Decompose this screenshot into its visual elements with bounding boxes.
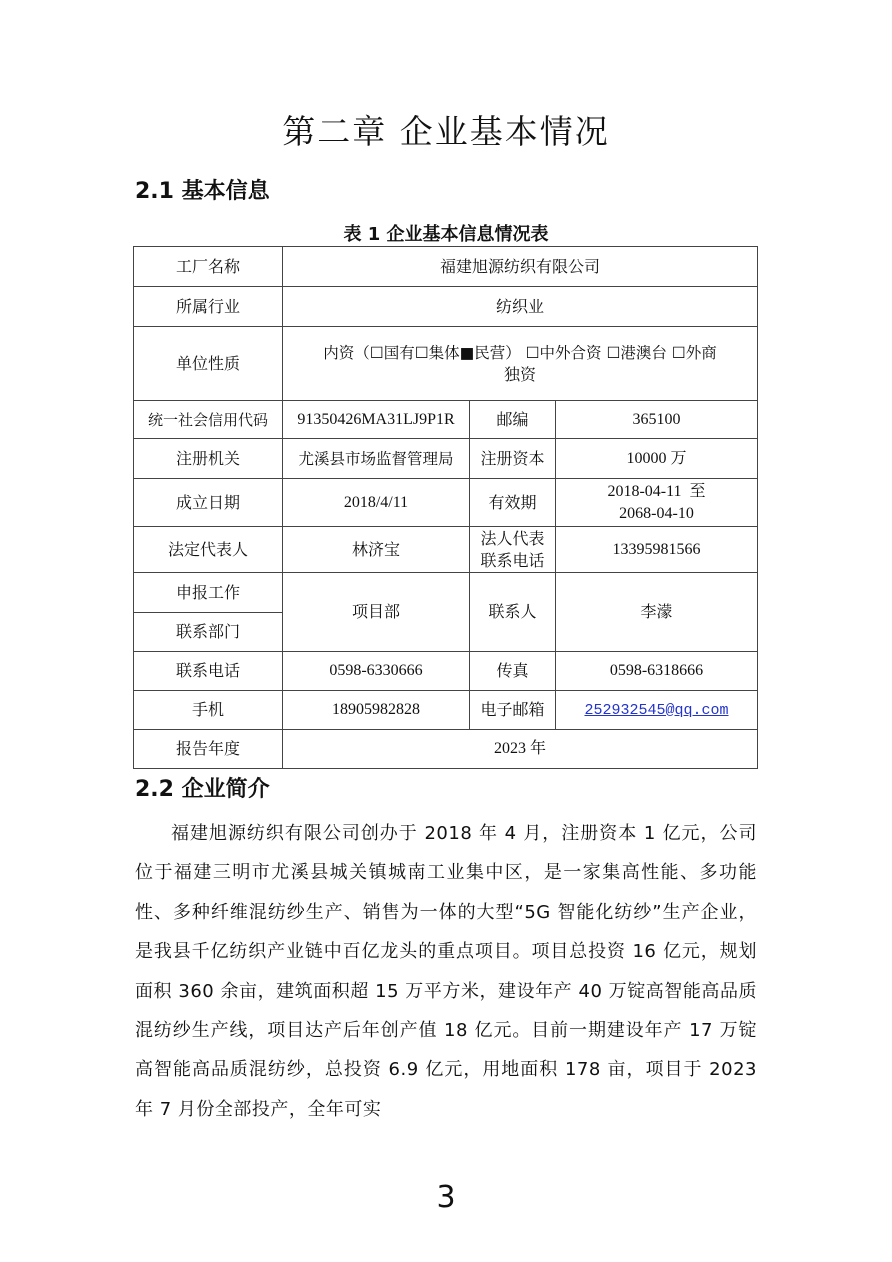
- table-row: 工厂名称 福建旭源纺织有限公司: [134, 247, 758, 287]
- email-label: 电子邮箱: [470, 691, 556, 730]
- report-year-value: 2023 年: [283, 730, 758, 769]
- industry-value: 纺织业: [283, 287, 758, 327]
- industry-label: 所属行业: [134, 287, 283, 327]
- email-link[interactable]: 252932545@qq.com: [584, 702, 728, 719]
- legal-rep-phone-value: 13395981566: [556, 527, 758, 573]
- factory-name-label: 工厂名称: [134, 247, 283, 287]
- dept-label-line2: 联系部门: [134, 613, 283, 652]
- mobile-label: 手机: [134, 691, 283, 730]
- postcode-label: 邮编: [470, 401, 556, 439]
- reg-capital-value: 10000 万: [556, 439, 758, 479]
- contact-person-label: 联系人: [470, 573, 556, 652]
- phone-value: 0598-6330666: [283, 652, 470, 691]
- postcode-value: 365100: [556, 401, 758, 439]
- unit-nature-value: 内资（☐国有☐集体■民营） ☐中外合资 ☐港澳台 ☐外商 独资: [283, 327, 758, 401]
- enterprise-info-table: 工厂名称 福建旭源纺织有限公司 所属行业 纺织业 单位性质 内资（☐国有☐集体■…: [133, 246, 758, 769]
- unit-nature-line2: 独资: [285, 364, 755, 386]
- reg-authority-label: 注册机关: [134, 439, 283, 479]
- table-row: 联系电话 0598-6330666 传真 0598-6318666: [134, 652, 758, 691]
- table-row: 成立日期 2018/4/11 有效期 2018-04-11 至 2068-04-…: [134, 479, 758, 527]
- credit-code-value: 91350426MA31LJ9P1R: [283, 401, 470, 439]
- table-row: 所属行业 纺织业: [134, 287, 758, 327]
- table-row: 法定代表人 林济宝 法人代表 联系电话 13395981566: [134, 527, 758, 573]
- legal-rep-label: 法定代表人: [134, 527, 283, 573]
- unit-nature-label: 单位性质: [134, 327, 283, 401]
- company-profile-paragraph: 福建旭源纺织有限公司创办于 2018 年 4 月，注册资本 1 亿元，公司位于福…: [135, 814, 757, 1129]
- established-value: 2018/4/11: [283, 479, 470, 527]
- table-row: 统一社会信用代码 91350426MA31LJ9P1R 邮编 365100: [134, 401, 758, 439]
- validity-end: 2068-04-10: [558, 503, 755, 525]
- report-year-label: 报告年度: [134, 730, 283, 769]
- email-cell: 252932545@qq.com: [556, 691, 758, 730]
- table-row: 申报工作 项目部 联系人 李濛: [134, 573, 758, 613]
- table-row: 手机 18905982828 电子邮箱 252932545@qq.com: [134, 691, 758, 730]
- dept-label-line1: 申报工作: [134, 573, 283, 613]
- page-number: 3: [0, 1180, 892, 1215]
- legal-rep-phone-label-line2: 联系电话: [472, 550, 553, 572]
- legal-rep-phone-label: 法人代表 联系电话: [470, 527, 556, 573]
- table-row: 注册机关 尤溪县市场监督管理局 注册资本 10000 万: [134, 439, 758, 479]
- legal-rep-phone-label-line1: 法人代表: [472, 528, 553, 550]
- legal-rep-value: 林济宝: [283, 527, 470, 573]
- factory-name-value: 福建旭源纺织有限公司: [283, 247, 758, 287]
- unit-nature-line1: 内资（☐国有☐集体■民营） ☐中外合资 ☐港澳台 ☐外商: [285, 342, 755, 364]
- contact-person-value: 李濛: [556, 573, 758, 652]
- validity-label: 有效期: [470, 479, 556, 527]
- validity-value: 2018-04-11 至 2068-04-10: [556, 479, 758, 527]
- table-row: 报告年度 2023 年: [134, 730, 758, 769]
- phone-label: 联系电话: [134, 652, 283, 691]
- chapter-title: 第二章 企业基本情况: [0, 106, 892, 153]
- section-heading-company-profile: 2.2 企业简介: [135, 772, 270, 803]
- table-caption: 表 1 企业基本信息情况表: [0, 220, 892, 246]
- fax-label: 传真: [470, 652, 556, 691]
- mobile-value: 18905982828: [283, 691, 470, 730]
- company-profile-body: 福建旭源纺织有限公司创办于 2018 年 4 月，注册资本 1 亿元，公司位于福…: [135, 814, 757, 1129]
- fax-value: 0598-6318666: [556, 652, 758, 691]
- table-row: 单位性质 内资（☐国有☐集体■民营） ☐中外合资 ☐港澳台 ☐外商 独资: [134, 327, 758, 401]
- established-label: 成立日期: [134, 479, 283, 527]
- credit-code-label: 统一社会信用代码: [134, 401, 283, 439]
- validity-start: 2018-04-11 至: [558, 481, 755, 503]
- section-heading-basic-info: 2.1 基本信息: [135, 174, 270, 205]
- reg-capital-label: 注册资本: [470, 439, 556, 479]
- dept-value: 项目部: [283, 573, 470, 652]
- reg-authority-value: 尤溪县市场监督管理局: [283, 439, 470, 479]
